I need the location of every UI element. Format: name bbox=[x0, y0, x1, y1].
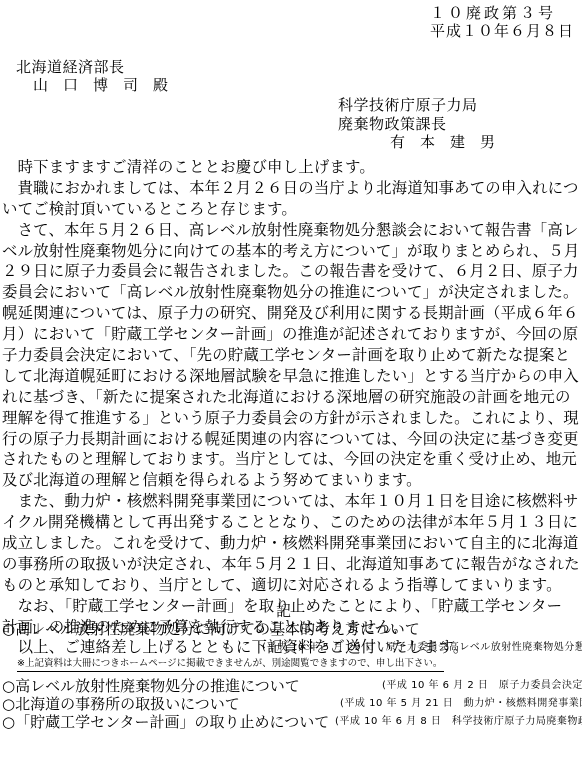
attachment-source: (平成 10 年 5 月 29 日 原子力委員会高レベル放射性廃棄物処分懇談会) bbox=[262, 641, 582, 655]
document-date: 平成１０年６月８日 bbox=[430, 21, 574, 41]
body-line: 月）において「貯蔵工学センター計画」の推進が記述されておりますが、今回の原 bbox=[2, 324, 580, 345]
attachment-title: ○高レベル放射性廃棄物処分に向けての基本的考え方について bbox=[2, 620, 420, 638]
document-number: １０廃政第３号 bbox=[430, 3, 556, 23]
letter-body: 時下ますますご清祥のこととお慶び申し上げます。 貴職におかれましては、本年２月２… bbox=[2, 157, 580, 658]
sender-name: 有 本 建 男 bbox=[390, 132, 495, 152]
body-line: して北海道幌延町における深地層試験を早急に推進したい」とする当庁からの申入 bbox=[2, 366, 580, 387]
attachment-title: ○北海道の事務所の取扱いについて bbox=[2, 695, 240, 713]
attachment-source: (平成 10 年 6 月 2 日 原子力委員会決定) bbox=[382, 679, 582, 693]
body-line: 及び北海道の理解と信頼を得られるよう努めてまいります。 bbox=[2, 470, 580, 491]
body-line: いてご検討頂いているところと存じます。 bbox=[2, 199, 580, 220]
availability-note: ※上記資料は大冊につきホームページに掲載できませんが、別途閲覧できますので、申し… bbox=[17, 657, 444, 672]
attachment-title: ○高レベル放射性廃棄物処分の推進について bbox=[2, 677, 300, 695]
body-line: 行の原子力長期計画における幌延関連の内容については、今回の決定に基づき変更 bbox=[2, 429, 580, 450]
sender-org: 科学技術庁原子力局 bbox=[338, 95, 478, 115]
body-line: 幌延関連については、原子力の研究、開発及び利用に関する長期計画（平成６年６ bbox=[2, 303, 580, 324]
recipient-name: 山 口 博 司 殿 bbox=[33, 75, 168, 95]
attachment-source: (平成 10 年 6 月 8 日 科学技術庁原子力局廃棄物政策課) bbox=[335, 715, 582, 729]
body-line: ものと承知しており、当庁として、適切に対応されるよう指導してまいります。 bbox=[2, 575, 580, 596]
body-line: 子力委員会決定において、「先の貯蔵工学センター計画を取り止めて新たな提案と bbox=[2, 345, 580, 366]
body-line: 理解を得て推進する」という原子力委員会の方針が示されました。これにより、現 bbox=[2, 408, 580, 429]
body-line: されたものと理解しております。当庁としては、今回の決定を重く受け止め、地元 bbox=[2, 449, 580, 470]
attachment-source: (平成 10 年 5 月 21 日 動力炉・核燃料開発事業団) bbox=[340, 697, 582, 711]
body-line: ２９日に原子力委員会に報告されました。この報告書を受けて、６月２日、原子力 bbox=[2, 261, 580, 282]
body-line: 成立しました。これを受けて、動力炉・核燃料開発事業団において自主的に北海道 bbox=[2, 533, 580, 554]
body-line: れに基づき、「新たに提案された北海道における深地層の研究施設の計画を地元の bbox=[2, 387, 580, 408]
body-line: の事務所の取扱いが決定され、本年５月２１日、北海道知事あてに報告がなされた bbox=[2, 554, 580, 575]
body-line: さて、本年５月２６日、高レベル放射性廃棄物処分懇談会において報告書「高レ bbox=[2, 220, 580, 241]
body-line: 貴職におかれましては、本年２月２６日の当庁より北海道知事あての申入れにつ bbox=[2, 178, 580, 199]
body-line: イクル開発機構として再出発することとなり、このための法律が本年５月１３日に bbox=[2, 512, 580, 533]
body-line: また、動力炉・核燃料開発事業団については、本年１０月１日を目途に核燃料サ bbox=[2, 491, 580, 512]
ki-heading: 記 bbox=[276, 600, 291, 621]
body-line: ベル放射性廃棄物処分に向けての基本的考え方について」が取りまとめられ、５月 bbox=[2, 241, 580, 262]
attachment-title: ○「貯蔵工学センター計画」の取り止めについて bbox=[2, 713, 329, 731]
body-line: 委員会において「高レベル放射性廃棄物処分の推進について」が決定されました。 bbox=[2, 282, 580, 303]
sender-title: 廃棄物政策課長 bbox=[338, 114, 447, 134]
body-line: 時下ますますご清祥のこととお慶び申し上げます。 bbox=[2, 157, 580, 178]
recipient-org: 北海道経済部長 bbox=[16, 57, 125, 77]
